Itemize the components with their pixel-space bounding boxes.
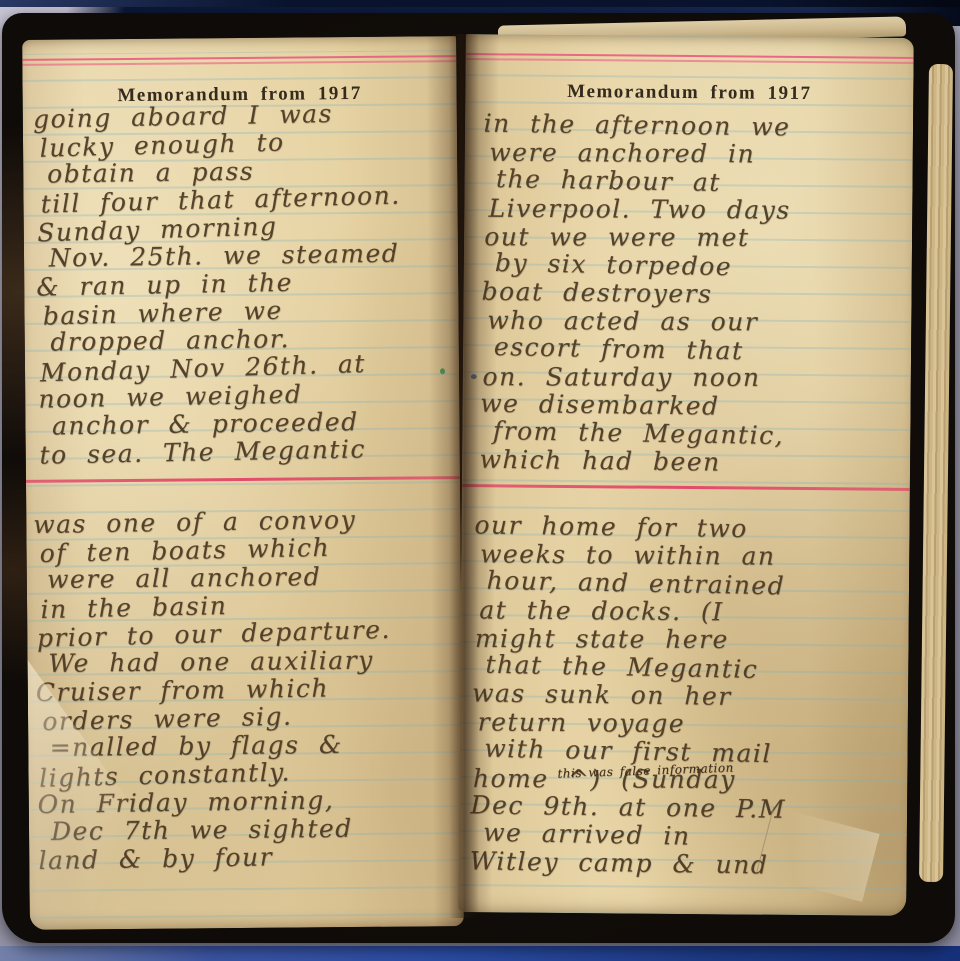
handwritten-line: anchor & proceeded bbox=[52, 407, 412, 440]
pink-top-rule bbox=[466, 53, 914, 64]
ink-speck bbox=[440, 368, 445, 374]
handwritten-line: Nov. 25th. we steamed bbox=[49, 239, 409, 272]
handwritten-line: on. Saturday noon bbox=[483, 363, 790, 392]
handwriting-left-entry-1: going aboard I was lucky enough to obtai… bbox=[33, 99, 400, 470]
handwritten-line: land & by four bbox=[38, 841, 392, 875]
handwritten-line: Witley camp & und bbox=[470, 847, 786, 879]
handwritten-line: boat destroyers bbox=[481, 278, 788, 310]
handwritten-line: to sea. The Megantic bbox=[39, 435, 400, 470]
handwriting-right-entry-2: our home for two weeks to within an hour… bbox=[470, 511, 790, 879]
page-header: Memorandum from 1917 bbox=[465, 80, 913, 106]
handwriting-right-entry-1: in the afternoon we were anchored in the… bbox=[479, 110, 790, 478]
scanner-bottom-band bbox=[0, 946, 960, 961]
scanner-top-edge bbox=[0, 0, 960, 7]
right-page: Memorandum from 1917 in the afternoon we… bbox=[458, 34, 914, 916]
handwritten-line: from the Megantic, bbox=[493, 417, 800, 450]
left-page: Memorandum from 1917 going aboard I was … bbox=[22, 36, 464, 930]
pink-top-rule bbox=[22, 55, 456, 66]
handwritten-line: Dec 7th we sighted bbox=[51, 814, 405, 846]
pink-mid-rule bbox=[462, 484, 910, 491]
ink-speck bbox=[471, 374, 477, 379]
handwritten-line: at the docks. (I bbox=[479, 596, 795, 626]
handwritten-line: We had one auxiliary bbox=[48, 646, 402, 678]
handwritten-line: in the afternoon we bbox=[483, 110, 790, 142]
handwritten-line: by six torpedoe bbox=[495, 249, 802, 282]
handwritten-line: Liverpool. Two days bbox=[489, 195, 796, 225]
handwriting-left-entry-2: was one of a convoy of ten boats which w… bbox=[33, 506, 393, 876]
pink-mid-rule bbox=[26, 476, 460, 483]
handwritten-line: which had been bbox=[479, 446, 786, 478]
